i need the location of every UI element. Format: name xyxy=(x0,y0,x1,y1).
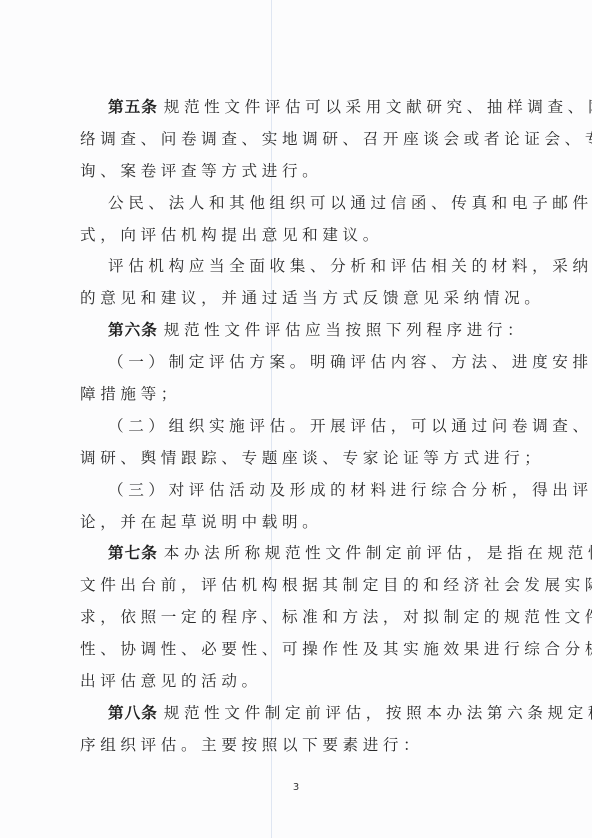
paragraph-line: 的意见和建议，并通过适当方式反馈意见采纳情况。 xyxy=(80,283,522,315)
line-text: 求，依照一定的程序、标准和方法，对拟制定的规范性文件合法 xyxy=(80,608,592,626)
line-text: 性、协调性、必要性、可操作性及其实施效果进行综合分析并提 xyxy=(80,640,592,658)
paragraph-line: 第七条本办法所称规范性文件制定前评估，是指在规范性 xyxy=(80,538,522,570)
article-heading: 第五条 xyxy=(108,98,158,116)
line-text: 规范性文件评估可以采用文献研究、抽样调查、网 xyxy=(164,98,592,116)
line-text: 式，向评估机构提出意见和建议。 xyxy=(80,226,383,244)
paragraph-line: 论，并在起草说明中载明。 xyxy=(80,507,522,539)
paragraph-line: 障措施等； xyxy=(80,379,522,411)
line-text: 评估机构应当全面收集、分析和评估相关的材料，采纳合理 xyxy=(108,257,592,275)
line-text: 文件出台前，评估机构根据其制定目的和经济社会发展实际需 xyxy=(80,576,592,594)
article-heading: 第七条 xyxy=(108,544,158,562)
line-text: （二）组织实施评估。开展评估，可以通过问卷调查、实地 xyxy=(108,417,592,435)
paragraph-line: 性、协调性、必要性、可操作性及其实施效果进行综合分析并提 xyxy=(80,634,522,666)
line-text: 公民、法人和其他组织可以通过信函、传真和电子邮件等方 xyxy=(108,194,592,212)
line-text: 序组织评估。主要按照以下要素进行： xyxy=(80,736,423,754)
paragraph-line: 评估机构应当全面收集、分析和评估相关的材料，采纳合理 xyxy=(80,251,522,283)
paragraph-line: 第八条规范性文件制定前评估，按照本办法第六条规定程 xyxy=(80,698,522,730)
paragraph-line: 文件出台前，评估机构根据其制定目的和经济社会发展实际需 xyxy=(80,570,522,602)
article-heading: 第六条 xyxy=(108,321,158,339)
line-text: （一）制定评估方案。明确评估内容、方法、进度安排和保 xyxy=(108,353,592,371)
paragraph-line: （二）组织实施评估。开展评估，可以通过问卷调查、实地 xyxy=(80,411,522,443)
paragraph-line: （一）制定评估方案。明确评估内容、方法、进度安排和保 xyxy=(80,347,522,379)
line-text: 络调查、问卷调查、实地调研、召开座谈会或者论证会、专家咨 xyxy=(80,130,592,148)
line-text: 障措施等； xyxy=(80,385,181,403)
paragraph-line: 第五条规范性文件评估可以采用文献研究、抽样调查、网 xyxy=(80,92,522,124)
line-text: （三）对评估活动及形成的材料进行综合分析，得出评估结 xyxy=(108,481,592,499)
paragraph-line: 出评估意见的活动。 xyxy=(80,666,522,698)
line-text: 规范性文件评估应当按照下列程序进行： xyxy=(164,321,528,339)
line-text: 规范性文件制定前评估，按照本办法第六条规定程 xyxy=(164,704,592,722)
article-heading: 第八条 xyxy=(108,704,158,722)
paragraph-line: 第六条规范性文件评估应当按照下列程序进行： xyxy=(80,315,522,347)
paragraph-line: 公民、法人和其他组织可以通过信函、传真和电子邮件等方 xyxy=(80,188,522,220)
paragraph-line: 络调查、问卷调查、实地调研、召开座谈会或者论证会、专家咨 xyxy=(80,124,522,156)
line-text: 调研、舆情跟踪、专题座谈、专家论证等方式进行； xyxy=(80,449,544,467)
paragraph-line: 求，依照一定的程序、标准和方法，对拟制定的规范性文件合法 xyxy=(80,602,522,634)
line-text: 出评估意见的活动。 xyxy=(80,672,262,690)
line-text: 询、案卷评查等方式进行。 xyxy=(80,162,322,180)
page-number: 3 xyxy=(0,782,592,793)
line-text: 的意见和建议，并通过适当方式反馈意见采纳情况。 xyxy=(80,289,544,307)
document-body: 第五条规范性文件评估可以采用文献研究、抽样调查、网 络调查、问卷调查、实地调研、… xyxy=(80,92,522,762)
paragraph-line: 序组织评估。主要按照以下要素进行： xyxy=(80,730,522,762)
paragraph-line: （三）对评估活动及形成的材料进行综合分析，得出评估结 xyxy=(80,475,522,507)
line-text: 本办法所称规范性文件制定前评估，是指在规范性 xyxy=(164,544,592,562)
line-text: 论，并在起草说明中载明。 xyxy=(80,513,322,531)
paragraph-line: 调研、舆情跟踪、专题座谈、专家论证等方式进行； xyxy=(80,443,522,475)
paragraph-line: 询、案卷评查等方式进行。 xyxy=(80,156,522,188)
paragraph-line: 式，向评估机构提出意见和建议。 xyxy=(80,220,522,252)
